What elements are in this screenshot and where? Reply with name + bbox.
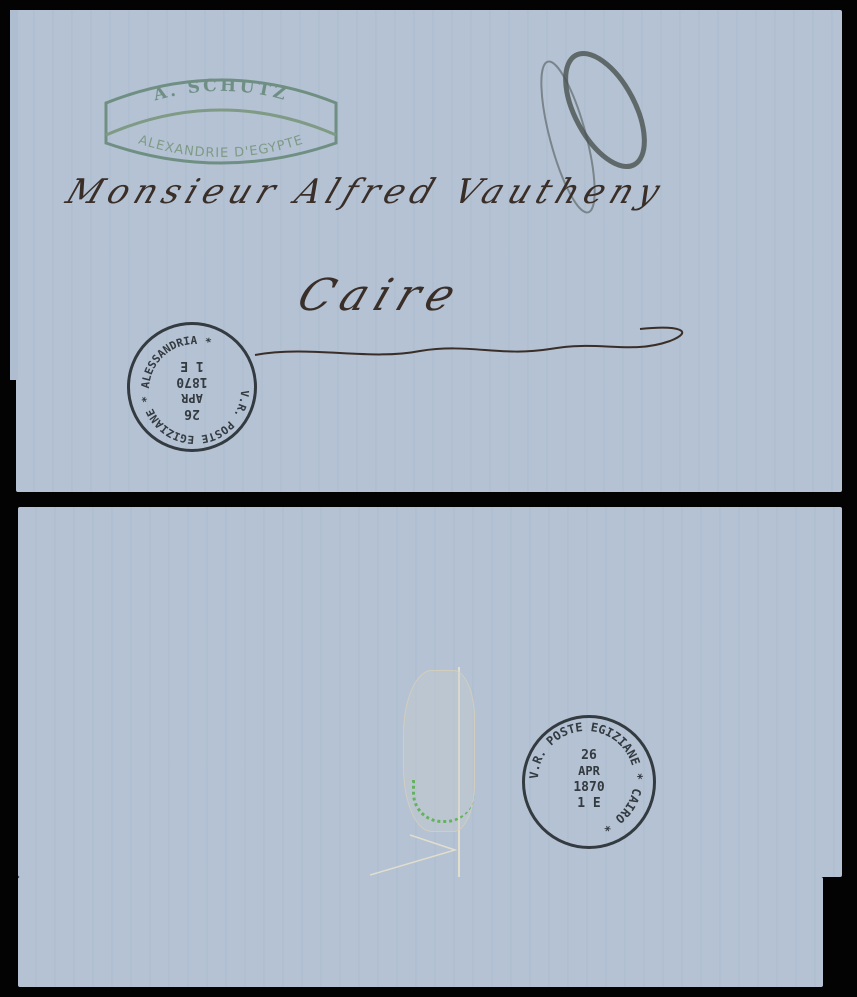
torn-flap xyxy=(360,830,460,880)
postmark-month: APR xyxy=(525,764,653,778)
postmark-time: 1 E xyxy=(525,796,653,811)
svg-text:V.R. POSTE EGIZIANE * ALESSAND: V.R. POSTE EGIZIANE * ALESSANDRIA * xyxy=(139,334,251,446)
postmark-time: 1 E xyxy=(130,358,254,373)
postmark-day: 26 xyxy=(525,748,653,763)
address-underline-flourish xyxy=(250,325,700,365)
cairo-postmark: V.R. POSTE EGIZIANE * CAIRO * 26 APR 187… xyxy=(522,715,656,849)
address-city: Caire xyxy=(291,270,471,321)
address-recipient: Monsieur Alfred Vautheny xyxy=(61,172,671,212)
postmark-day: 26 xyxy=(130,406,254,421)
cachet-top-text: A. SCHUTZ xyxy=(150,76,290,106)
front-fold-edge xyxy=(10,10,18,380)
postmark-year: 1870 xyxy=(130,374,254,389)
svg-text:A. SCHUTZ: A. SCHUTZ xyxy=(150,76,290,106)
postmark-month: APR xyxy=(130,391,254,405)
letter-back-bottom-flap xyxy=(18,877,823,987)
postmark-year: 1870 xyxy=(525,780,653,795)
postmark-ring: V.R. POSTE EGIZIANE * ALESSANDRIA * xyxy=(136,331,254,449)
cachet-oval-frame: A. SCHUTZ ALEXANDRIE D'EGYPTE xyxy=(101,65,341,175)
alexandria-postmark: V.R. POSTE EGIZIANE * ALESSANDRIA * 26 A… xyxy=(127,322,257,452)
postmark-ring: V.R. POSTE EGIZIANE * CAIRO * xyxy=(525,718,647,840)
sender-cachet: A. SCHUTZ ALEXANDRIE D'EGYPTE xyxy=(101,65,341,175)
